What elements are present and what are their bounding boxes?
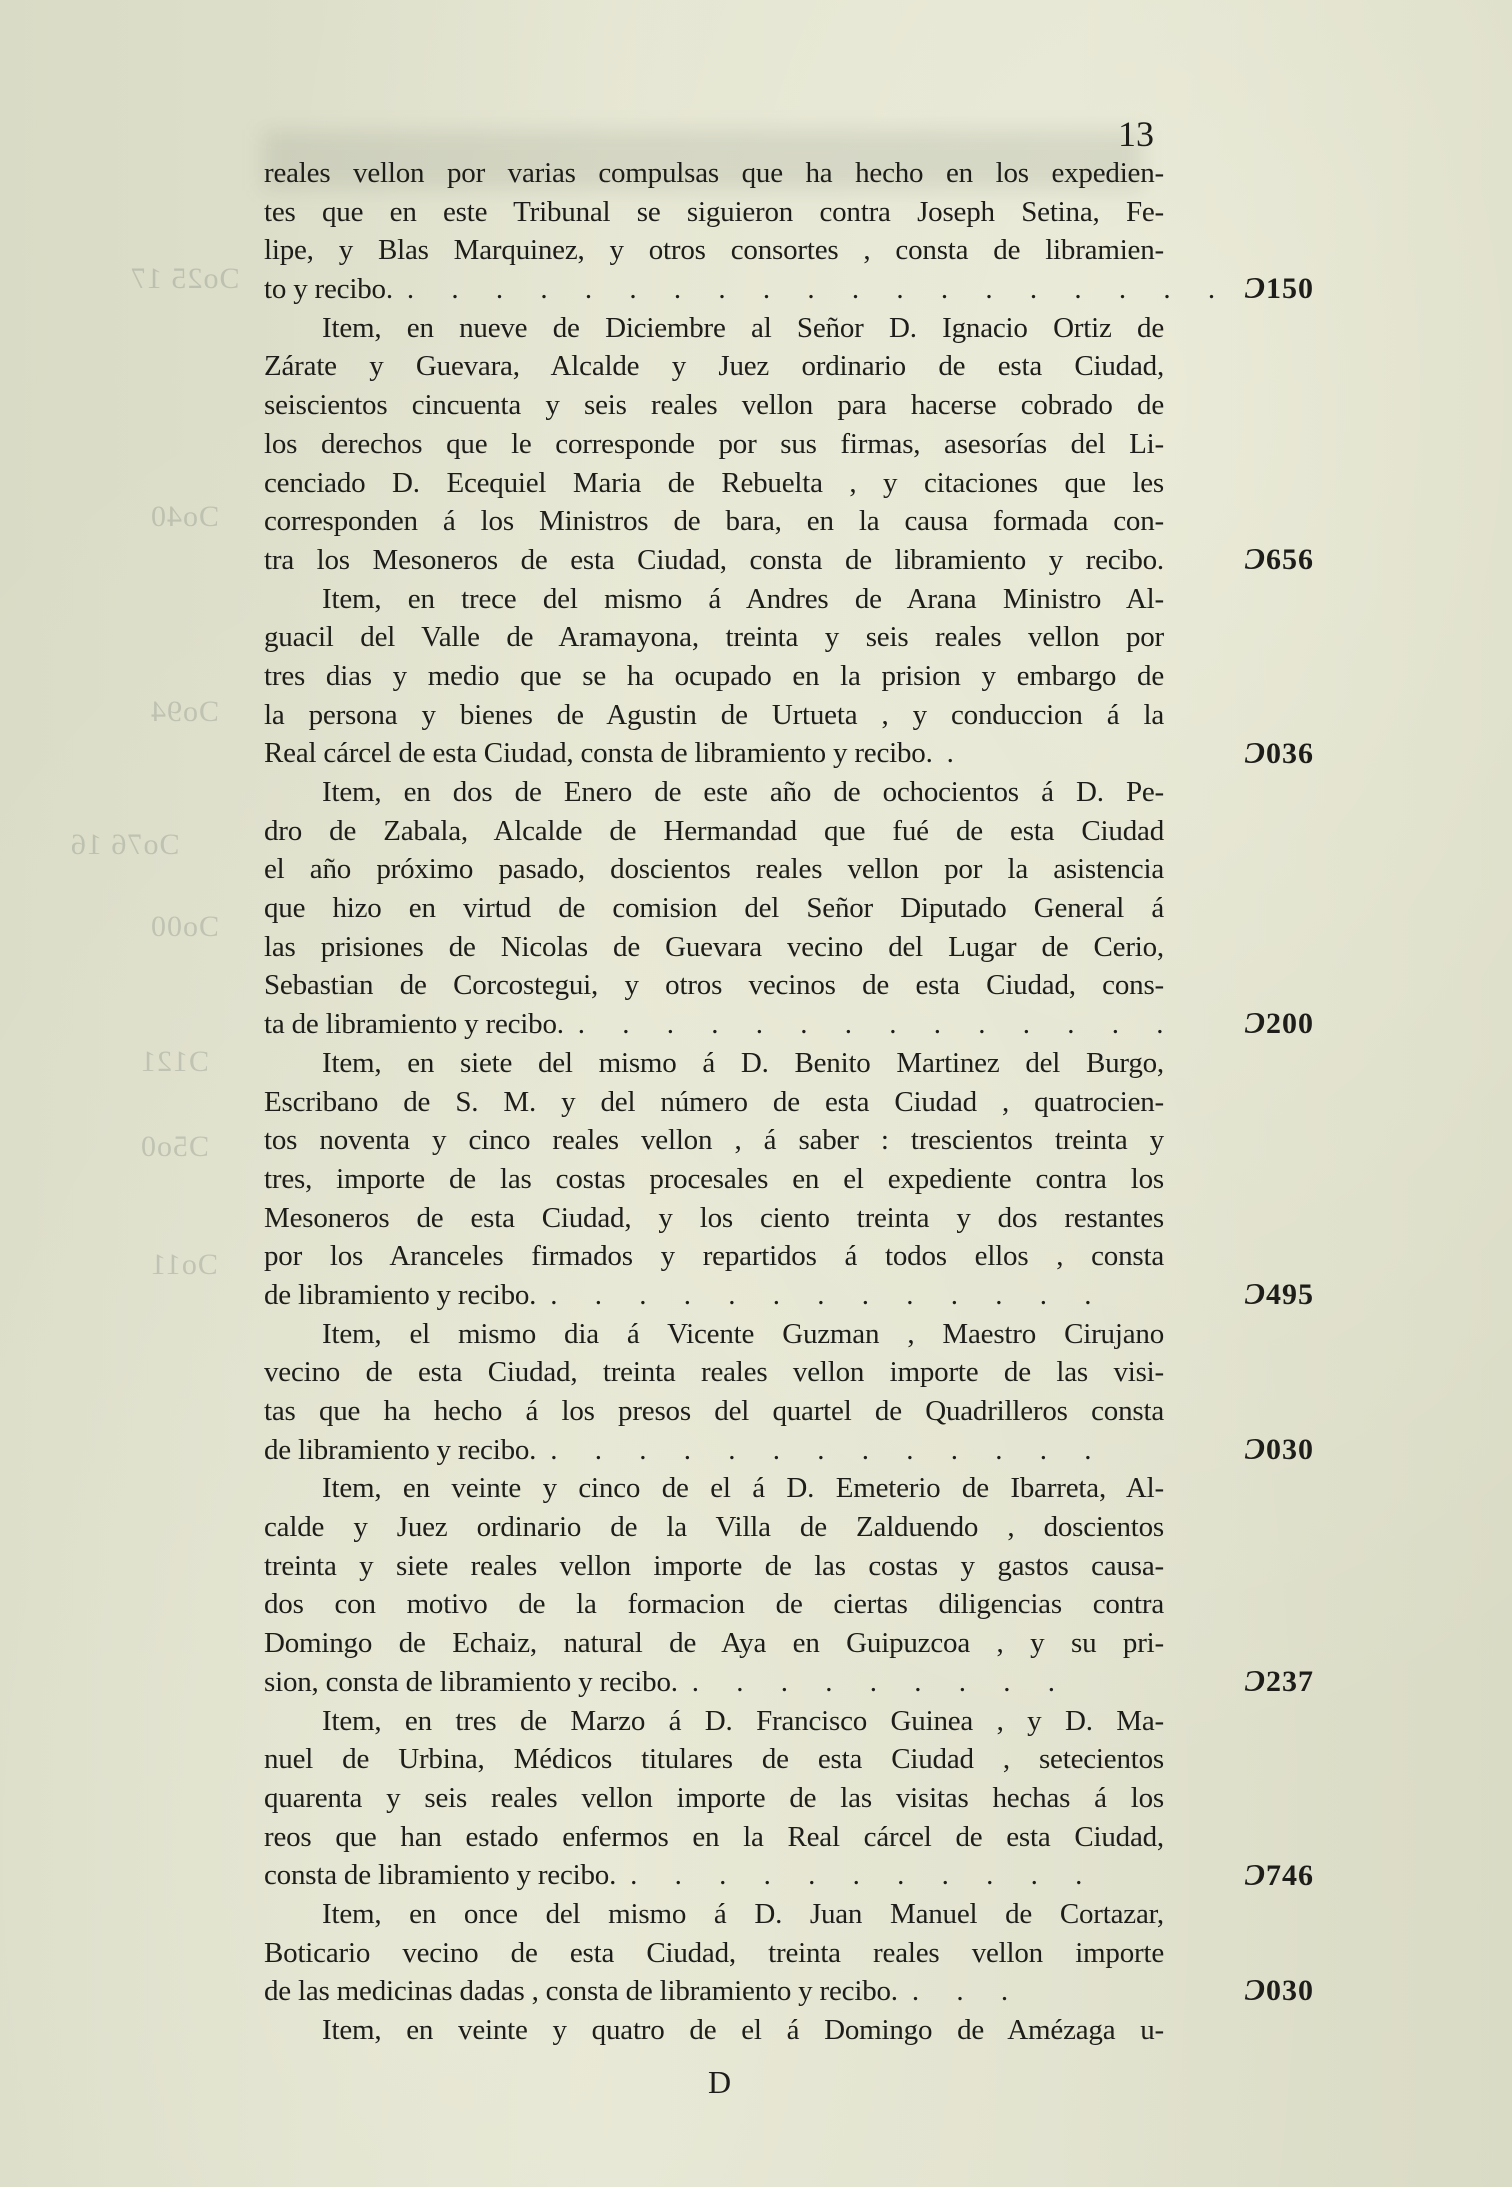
show-through-mark: Ɔo25 17: [130, 262, 240, 296]
dot-leader: . . . . . . . . . . . . .: [536, 1279, 1106, 1311]
entry-amount: Ɔ656: [1245, 541, 1314, 580]
entry-line: tas que ha hecho á los presos del quarte…: [264, 1392, 1164, 1431]
ledger-entry: Item, en veinte y quatro de el á Domingo…: [264, 2011, 1164, 2050]
currency-symbol-icon: Ɔ: [1245, 1665, 1266, 1698]
entry-line: guacil del Valle de Aramayona, treinta y…: [264, 618, 1164, 657]
entry-amount: Ɔ030: [1245, 1972, 1314, 2011]
entry-line: tres dias y medio que se ha ocupado en l…: [264, 657, 1164, 696]
currency-symbol-icon: Ɔ: [1245, 1278, 1266, 1311]
signature-mark: D: [708, 2064, 731, 2101]
entry-line: quarenta y seis reales vellon importe de…: [264, 1779, 1164, 1818]
ledger-entry: Item, en once del mismo á D. Juan Manuel…: [264, 1895, 1164, 2011]
entry-line: Zárate y Guevara, Alcalde y Juez ordinar…: [264, 347, 1164, 386]
entry-line: Item, en dos de Enero de este año de och…: [264, 773, 1164, 812]
entry-line: lipe, y Blas Marquinez, y otros consorte…: [264, 231, 1164, 270]
currency-symbol-icon: Ɔ: [1245, 1859, 1266, 1892]
entry-line: de libramiento y recibo.. . . . . . . . …: [264, 1431, 1164, 1470]
dot-leader: . . .: [898, 1975, 1023, 2007]
entry-line: treinta y siete reales vellon importe de…: [264, 1547, 1164, 1586]
entry-line: calde y Juez ordinario de la Villa de Za…: [264, 1508, 1164, 1547]
show-through-mark: Ɔo00: [150, 910, 219, 944]
entry-line: Item, en once del mismo á D. Juan Manuel…: [264, 1895, 1164, 1934]
entry-line: seiscientos cincuenta y seis reales vell…: [264, 386, 1164, 425]
entry-line: dro de Zabala, Alcalde de Hermandad que …: [264, 812, 1164, 851]
entry-line: Item, el mismo dia á Vicente Guzman , Ma…: [264, 1315, 1164, 1354]
entry-amount: Ɔ495: [1245, 1276, 1314, 1315]
entry-line: Item, en veinte y quatro de el á Domingo…: [264, 2011, 1164, 2050]
entry-line: vecino de esta Ciudad, treinta reales ve…: [264, 1353, 1164, 1392]
entry-line: cenciado D. Ecequiel Maria de Rebuelta ,…: [264, 464, 1164, 503]
document-body: reales vellon por varias compulsas que h…: [264, 154, 1164, 2050]
page-number: 13: [1118, 116, 1154, 152]
show-through-mark: Ɔo40: [150, 500, 219, 534]
entry-line: Escribano de S. M. y del número de esta …: [264, 1083, 1164, 1122]
dot-leader: . . . . . . . . . . . . . . . . . . .: [393, 273, 1230, 305]
entry-line: Mesoneros de esta Ciudad, y los ciento t…: [264, 1199, 1164, 1238]
currency-symbol-icon: Ɔ: [1245, 272, 1266, 305]
entry-amount: Ɔ746: [1245, 1857, 1314, 1896]
entry-line: Sebastian de Corcostegui, y otros vecino…: [264, 966, 1164, 1005]
entry-line: ta de libramiento y recibo.. . . . . . .…: [264, 1005, 1164, 1044]
entry-amount: Ɔ030: [1245, 1431, 1314, 1470]
entry-line: el año próximo pasado, doscientos reales…: [264, 850, 1164, 889]
entry-line: corresponden á los Ministros de bara, en…: [264, 502, 1164, 541]
entry-line: Boticario vecino de esta Ciudad, treinta…: [264, 1934, 1164, 1973]
entry-line: reos que han estado enfermos en la Real …: [264, 1818, 1164, 1857]
ledger-entry: reales vellon por varias compulsas que h…: [264, 154, 1164, 309]
ledger-entry: Item, en dos de Enero de este año de och…: [264, 773, 1164, 1044]
entry-line: Domingo de Echaiz, natural de Aya en Gui…: [264, 1624, 1164, 1663]
entry-line: sion, consta de libramiento y recibo.. .…: [264, 1663, 1164, 1702]
entry-line: de las medicinas dadas , consta de libra…: [264, 1972, 1164, 2011]
entry-amount: Ɔ150: [1245, 270, 1314, 309]
entry-line: consta de libramiento y recibo.. . . . .…: [264, 1856, 1164, 1895]
currency-symbol-icon: Ɔ: [1245, 1007, 1266, 1040]
entry-line: to y recibo.. . . . . . . . . . . . . . …: [264, 270, 1164, 309]
ledger-entry: Item, en veinte y cinco de el á D. Emete…: [264, 1469, 1164, 1701]
entry-line: Item, en veinte y cinco de el á D. Emete…: [264, 1469, 1164, 1508]
ledger-entry: Item, en tres de Marzo á D. Francisco Gu…: [264, 1702, 1164, 1895]
entry-line: Real cárcel de esta Ciudad, consta de li…: [264, 734, 1164, 773]
ledger-entry: Item, en nueve de Diciembre al Señor D. …: [264, 309, 1164, 580]
entry-line: Item, en trece del mismo á Andres de Ara…: [264, 580, 1164, 619]
entry-line: por los Aranceles firmados y repartidos …: [264, 1237, 1164, 1276]
entry-line: dos con motivo de la formacion de cierta…: [264, 1585, 1164, 1624]
entry-line: las prisiones de Nicolas de Guevara veci…: [264, 928, 1164, 967]
entry-line: de libramiento y recibo.. . . . . . . . …: [264, 1276, 1164, 1315]
ledger-entry: Item, en siete del mismo á D. Benito Mar…: [264, 1044, 1164, 1315]
show-through-mark: Ɔ121: [140, 1045, 209, 1079]
entry-line: Item, en tres de Marzo á D. Francisco Gu…: [264, 1702, 1164, 1741]
entry-line: reales vellon por varias compulsas que h…: [264, 154, 1164, 193]
entry-line: nuel de Urbina, Médicos titulares de est…: [264, 1740, 1164, 1779]
entry-line: Item, en nueve de Diciembre al Señor D. …: [264, 309, 1164, 348]
show-through-mark: Ɔo76 16: [70, 828, 180, 862]
entry-amount: Ɔ237: [1245, 1663, 1314, 1702]
currency-symbol-icon: Ɔ: [1245, 1974, 1266, 2007]
dot-leader: . . . . . . . . .: [678, 1666, 1070, 1698]
currency-symbol-icon: Ɔ: [1245, 1433, 1266, 1466]
entry-amount: Ɔ036: [1245, 735, 1314, 774]
show-through-mark: Ɔo94: [150, 695, 219, 729]
entry-amount: Ɔ200: [1245, 1005, 1314, 1044]
entry-line: que hizo en virtud de comision del Señor…: [264, 889, 1164, 928]
entry-line: tes que en este Tribunal se siguieron co…: [264, 193, 1164, 232]
entry-line: tres, importe de las costas procesales e…: [264, 1160, 1164, 1199]
dot-leader: . . . . . . . . . . .: [616, 1859, 1097, 1891]
entry-line: tra los Mesoneros de esta Ciudad, consta…: [264, 541, 1164, 580]
ledger-entry: Item, el mismo dia á Vicente Guzman , Ma…: [264, 1315, 1164, 1470]
currency-symbol-icon: Ɔ: [1245, 737, 1266, 770]
dot-leader: .: [933, 737, 969, 769]
entry-line: la persona y bienes de Agustin de Urtuet…: [264, 696, 1164, 735]
show-through-mark: Ɔ5o0: [140, 1130, 209, 1164]
entry-line: los derechos que le corresponde por sus …: [264, 425, 1164, 464]
ledger-entry: Item, en trece del mismo á Andres de Ara…: [264, 580, 1164, 773]
entry-line: Item, en siete del mismo á D. Benito Mar…: [264, 1044, 1164, 1083]
dot-leader: . . . . . . . . . . . . . .: [564, 1008, 1179, 1040]
show-through-mark: Ɔo11: [150, 1248, 218, 1282]
dot-leader: . . . . . . . . . . . . .: [536, 1434, 1106, 1466]
entry-line: tos noventa y cinco reales vellon , á sa…: [264, 1121, 1164, 1160]
currency-symbol-icon: Ɔ: [1245, 543, 1266, 576]
